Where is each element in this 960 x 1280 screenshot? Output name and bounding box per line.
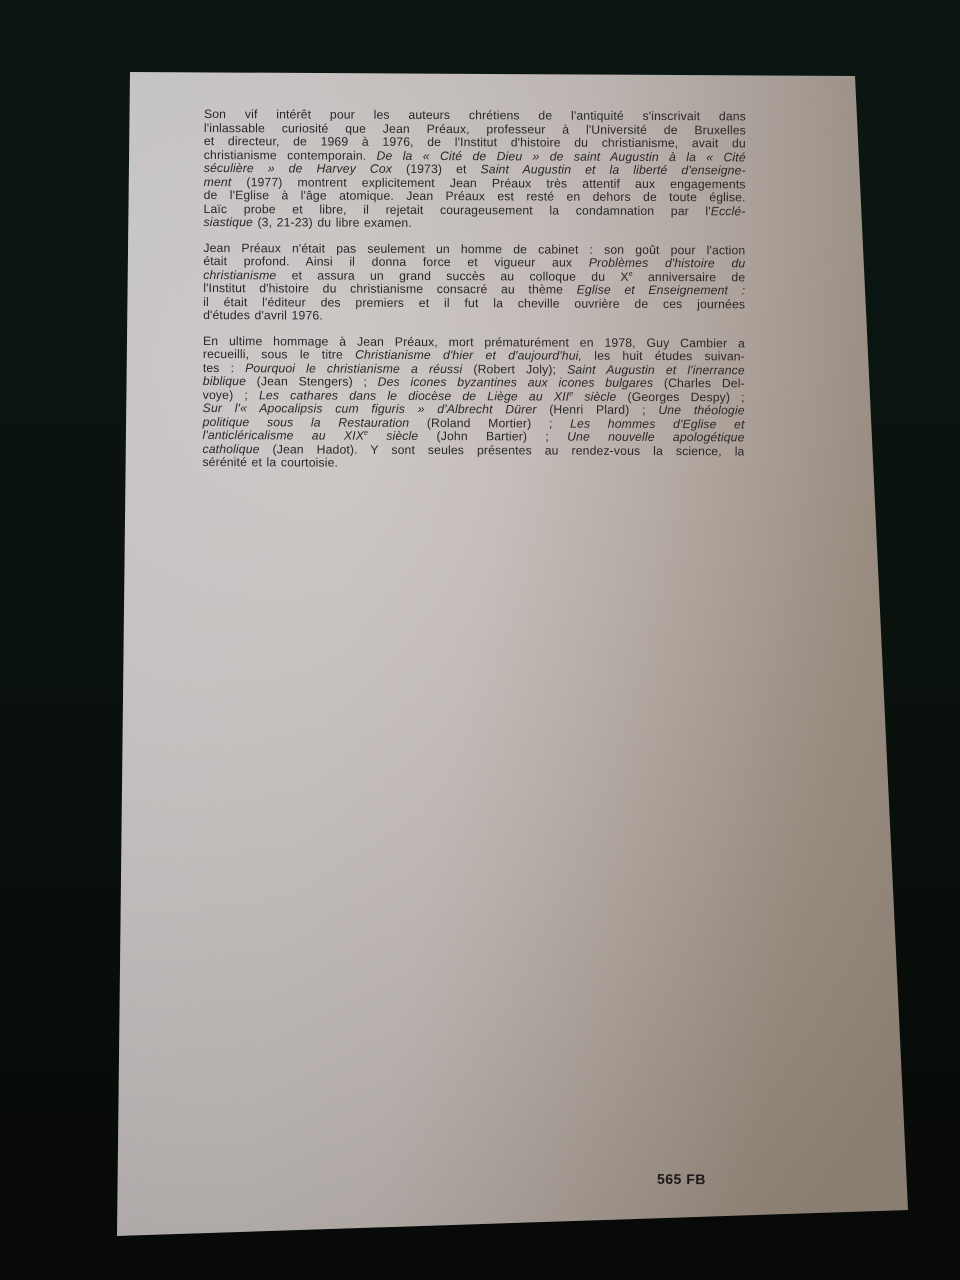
text-segment: (1973) et: [392, 162, 480, 176]
text-segment: d'études d'avril 1976.: [203, 308, 323, 323]
italic-title: ment: [204, 174, 232, 188]
text-segment: (Georges Despy) ;: [616, 389, 744, 404]
paragraph: En ultime hommage à Jean Préaux, mort pr…: [202, 334, 745, 471]
italic-title: Une théologie: [658, 403, 744, 417]
text-segment: (Henri Plard) ;: [537, 402, 659, 417]
text-segment: christianisme contemporain.: [204, 147, 377, 162]
italic-title: Les hommes d'Eglise et: [570, 416, 745, 431]
italic-title: Ecclé-: [711, 204, 746, 218]
italic-title: catholique: [202, 441, 259, 455]
italic-title: biblique: [203, 374, 246, 388]
text-segment: voye) ;: [203, 387, 259, 401]
italic-title: l'anticléricalisme au XIX: [203, 428, 364, 443]
italic-title: Saint Augustin et l'inerrance: [567, 362, 745, 377]
text-segment: (Robert Joly);: [462, 362, 567, 376]
text-segment: les huit études suivan-: [582, 349, 745, 364]
text-line: siastique (3, 21-23) du libre examen.: [203, 216, 745, 232]
text-segment: recueilli, sous le titre: [203, 347, 355, 362]
back-cover-text: Son vif intérêt pour les auteurs chrétie…: [202, 108, 746, 484]
text-segment: sérénité et la courtoisie.: [202, 455, 338, 470]
text-segment: (Charles Del-: [653, 376, 745, 390]
text-line: d'études d'avril 1976.: [203, 309, 745, 325]
italic-title: Eglise et Enseignement :: [577, 283, 746, 298]
italic-title: séculière » de Harvey Cox: [204, 161, 392, 176]
text-segment: tes :: [203, 360, 245, 374]
paragraph: Jean Préaux n'était pas seulement un hom…: [203, 241, 745, 324]
text-segment: (Jean Stengers) ;: [246, 374, 378, 389]
text-segment: (Roland Mortier) ;: [409, 415, 570, 430]
italic-title: siastique: [203, 215, 253, 229]
italic-title: siècle: [368, 429, 418, 443]
text-line: sérénité et la courtoisie.: [202, 456, 744, 472]
italic-title: christianisme: [203, 267, 276, 281]
italic-title: siècle: [573, 389, 616, 403]
italic-title: Une nouvelle apologétique: [567, 430, 745, 445]
italic-title: Problèmes d'histoire du: [589, 256, 746, 271]
text-segment: anniversaire de: [633, 269, 746, 283]
paragraph: Son vif intérêt pour les auteurs chrétie…: [203, 108, 746, 232]
text-segment: (John Bartier) ;: [418, 429, 567, 444]
catalog-code: 565 FB: [657, 1171, 706, 1187]
text-segment: (3, 21-23) du libre examen.: [253, 215, 412, 230]
